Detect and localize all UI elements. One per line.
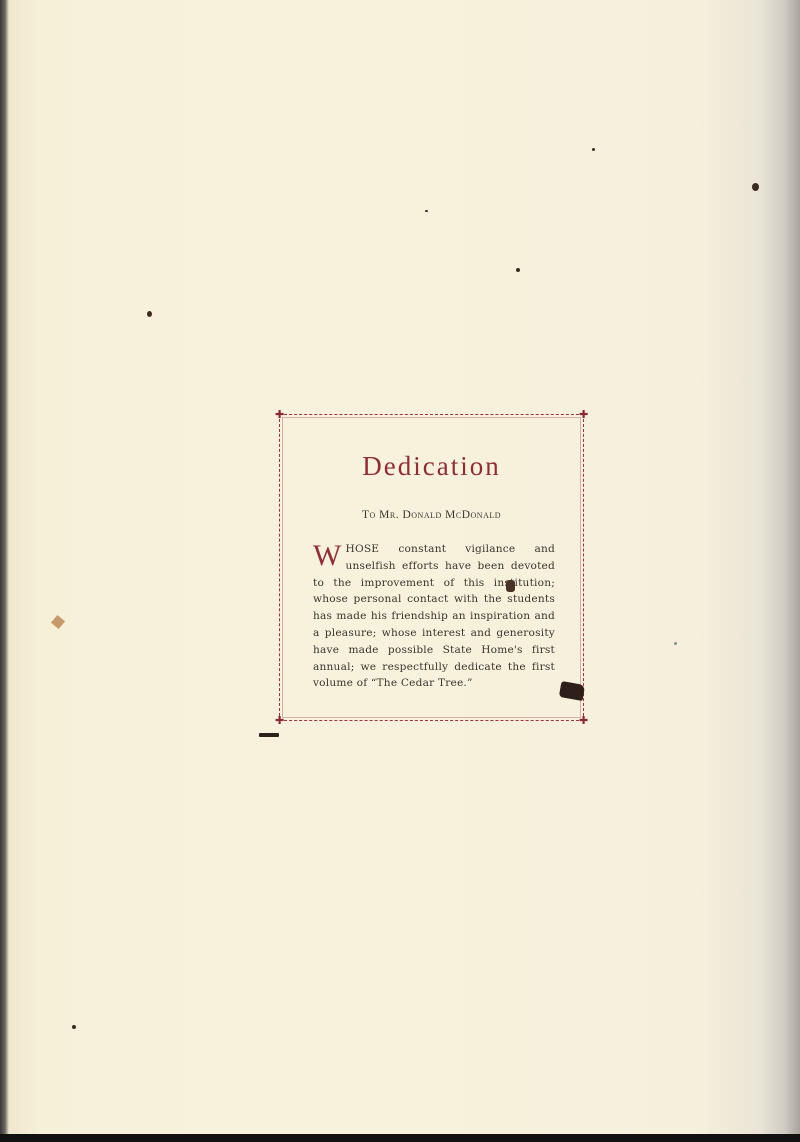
scan-edge: [0, 1134, 800, 1142]
speck: [516, 268, 520, 272]
speck: [674, 642, 677, 645]
speck: [72, 1025, 76, 1029]
corner-ornament-icon: ✚: [579, 716, 588, 725]
ink-smudge: [259, 733, 279, 737]
dedication-title: Dedication: [280, 451, 583, 482]
paper-tear: [559, 681, 585, 701]
dedication-recipient: To Mr. Donald McDonald: [280, 509, 583, 521]
dedication-body: WHOSE constant vigilance and unselfish e…: [313, 541, 555, 692]
drop-cap: W: [313, 543, 342, 569]
corner-ornament-icon: ✚: [579, 410, 588, 419]
dedication-frame: ✚ ✚ ✚ ✚ Dedication To Mr. Donald McDonal…: [279, 414, 584, 721]
ink-blot: [506, 580, 515, 592]
speck: [752, 183, 759, 191]
dedication-text: HOSE constant vigilance and unselfish ef…: [313, 543, 555, 689]
speck: [425, 210, 428, 212]
speck: [592, 148, 595, 151]
speck: [147, 311, 152, 317]
scanned-page: ✚ ✚ ✚ ✚ Dedication To Mr. Donald McDonal…: [0, 0, 800, 1134]
corner-ornament-icon: ✚: [275, 716, 284, 725]
ink-smudge: [51, 615, 65, 629]
corner-ornament-icon: ✚: [275, 410, 284, 419]
